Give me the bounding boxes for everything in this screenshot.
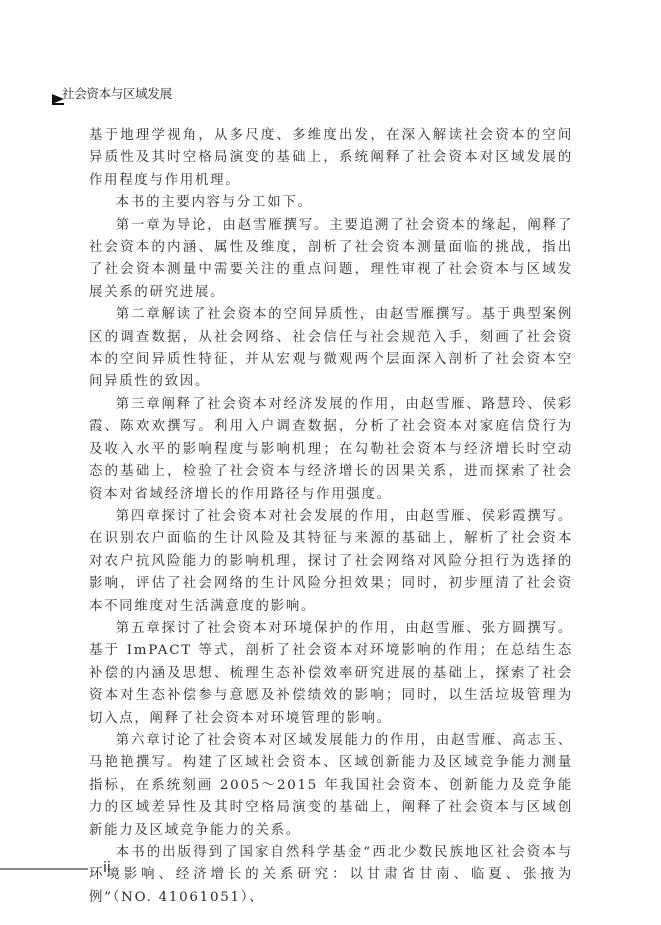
paragraph-chapter-5: 第五章探讨了社会资本对环境保护的作用，由赵雪雁、张方圆撰写。基于 ImPACT … [89, 618, 573, 730]
paragraph-chapter-4: 第四章探讨了社会资本对社会发展的作用，由赵雪雁、侯彩霞撰写。在识别农户面临的生计… [89, 506, 573, 618]
footer-rule [0, 868, 88, 870]
paragraph-chapter-2: 第二章解读了社会资本的空间异质性，由赵雪雁撰写。基于典型案例区的调查数据，从社会… [89, 304, 573, 394]
paragraph-chapter-1: 第一章为导论，由赵雪雁撰写。主要追溯了社会资本的缘起，阐释了社会资本的内涵、属性… [89, 215, 573, 305]
paragraph-chapter-3: 第三章阐释了社会资本对经济发展的作用，由赵雪雁、路慧玲、侯彩霞、陈欢欢撰写。利用… [89, 394, 573, 506]
page-number: ii [103, 860, 111, 876]
paragraph-chapter-6: 第六章讨论了社会资本对区域发展能力的作用，由赵雪雁、高志玉、马艳艳撰写。构建了区… [89, 730, 573, 842]
paragraph-overview: 本书的主要内容与分工如下。 [89, 192, 573, 214]
body-text: 基于地理学视角，从多尺度、多维度出发，在深入解读社会资本的空间异质性及其时空格局… [89, 125, 573, 909]
paragraph-funding: 本书的出版得到了国家自然科学基金“西北少数民族地区社会资本与环境影响、经济增长的… [89, 842, 573, 909]
running-title: 社会资本与区域发展 [62, 84, 172, 102]
paragraph-continuation: 基于地理学视角，从多尺度、多维度出发，在深入解读社会资本的空间异质性及其时空格局… [89, 125, 573, 192]
